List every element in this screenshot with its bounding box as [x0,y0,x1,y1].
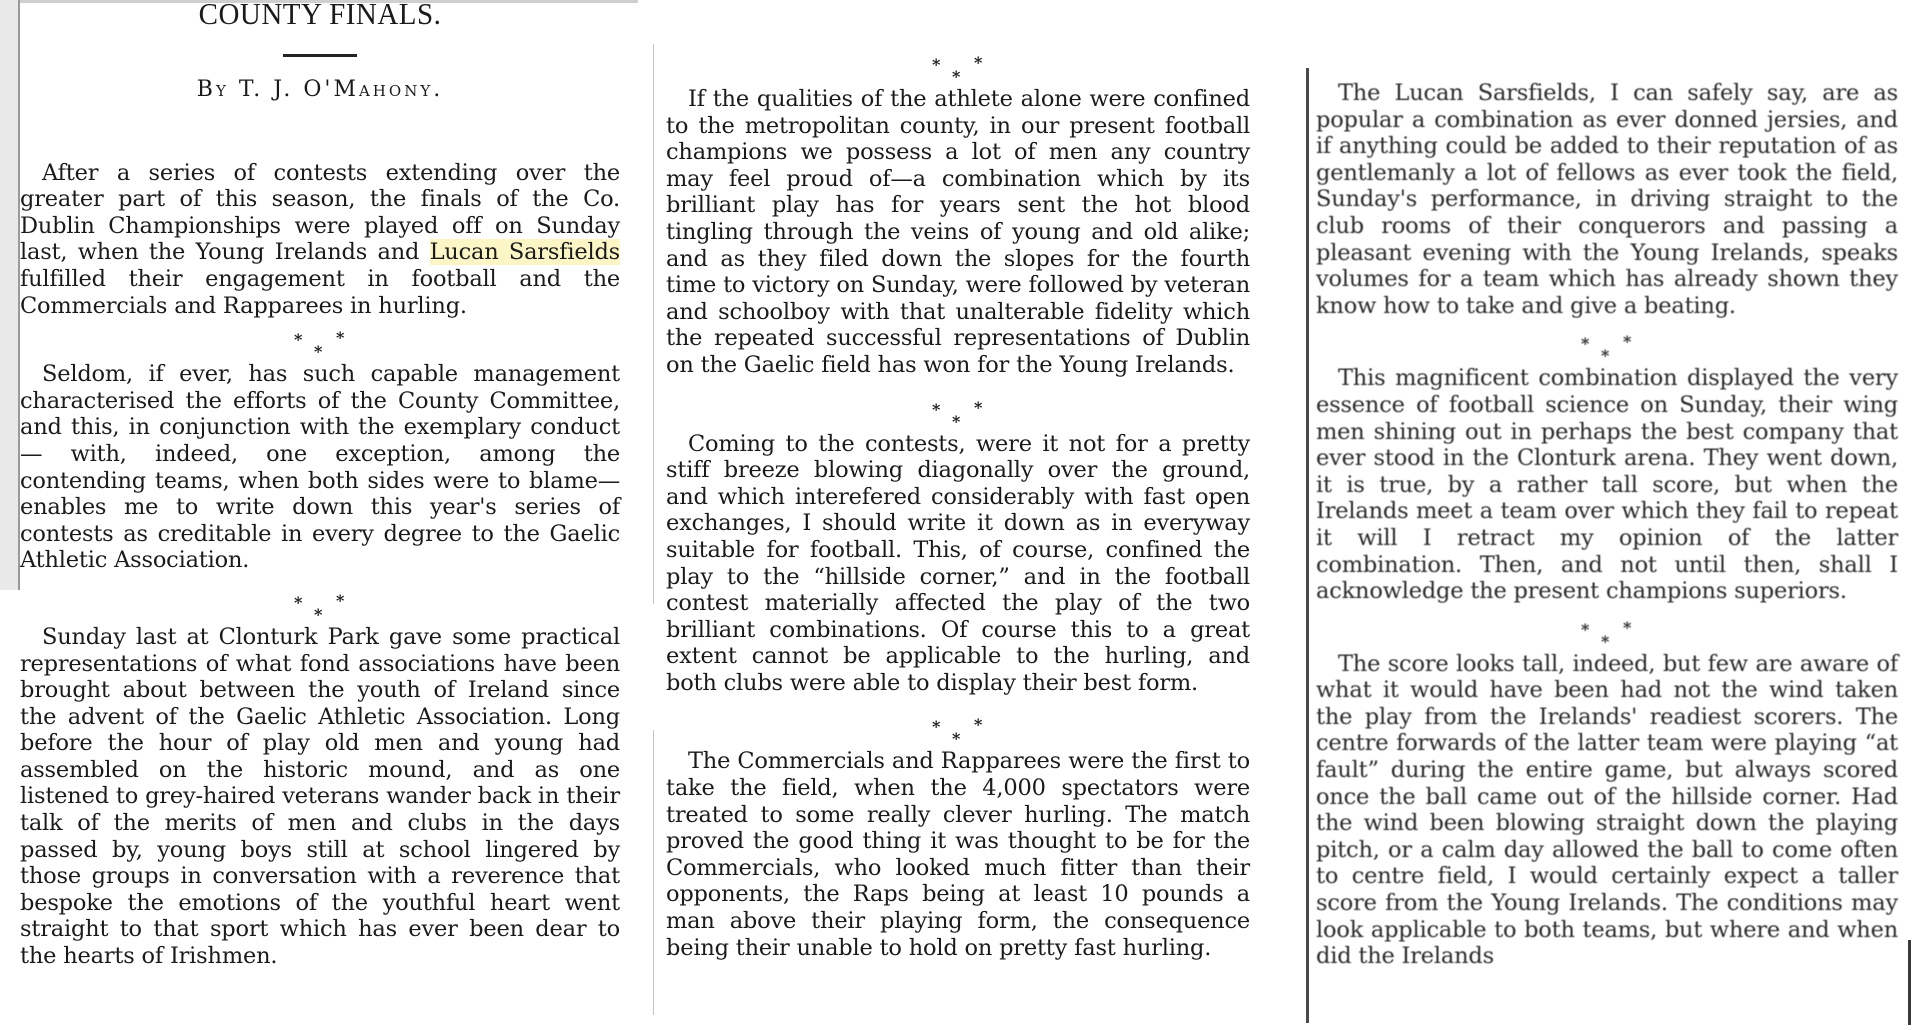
star-icon: * [952,726,960,753]
star-icon: * [1581,617,1589,644]
clipping-frame-left [0,0,19,590]
paragraph: The Commercials and Rapparees were the f… [666,748,1250,961]
star-icon: * [974,50,982,77]
star-icon: * [336,325,344,352]
article-byline: By T. J. O'Mahony. [20,77,620,104]
section-separator: *** [20,582,620,624]
paragraph: After a series of contests extending ove… [20,160,620,320]
star-icon: * [336,588,344,615]
star-icon: * [932,397,940,424]
paragraph: This magnificent combination displayed t… [1316,365,1898,604]
star-icon: * [1601,343,1609,370]
star-icon: * [1623,615,1631,642]
star-icon: * [1601,629,1609,656]
paragraph: The score looks tall, indeed, but few ar… [1316,651,1898,970]
column-3-left-border [1306,68,1309,1023]
article-column-3: The Lucan Sarsfields, I can safely say, … [1316,0,1898,970]
star-icon: * [294,327,302,354]
paragraph: Sunday last at Clonturk Park gave some p… [20,624,620,970]
section-separator: *** [666,706,1250,748]
column-2-left-border [653,44,654,604]
paragraph: The Lucan Sarsfields, I can safely say, … [1316,80,1898,319]
section-separator: *** [20,319,620,361]
section-separator: *** [666,389,1250,431]
star-icon: * [952,409,960,436]
star-icon: * [314,602,322,629]
paragraph: Coming to the contests, were it not for … [666,431,1250,697]
section-separator: *** [1316,323,1898,365]
star-icon: * [314,339,322,366]
article-title: COUNTY FINALS. [20,1,620,39]
star-icon: * [974,395,982,422]
paragraph: If the qualities of the athlete alone we… [666,86,1250,379]
article-column-1: COUNTY FINALS. By T. J. O'Mahony. After … [20,0,620,970]
title-rule [283,54,357,57]
section-separator: *** [666,44,1250,86]
star-icon: * [974,712,982,739]
star-icon: * [1623,329,1631,356]
paragraph: Seldom, if ever, has such capable manage… [20,361,620,574]
section-separator: *** [1316,609,1898,651]
star-icon: * [294,590,302,617]
column-2-left-border-lower [653,730,654,1015]
star-icon: * [952,64,960,91]
star-icon: * [1581,331,1589,358]
star-icon: * [932,714,940,741]
star-icon: * [932,52,940,79]
highlighted-text: Lucan Sarsfields [430,239,620,265]
article-column-2: *** If the qualities of the athlete alon… [666,0,1250,961]
column-3-right-border [1908,940,1911,1025]
